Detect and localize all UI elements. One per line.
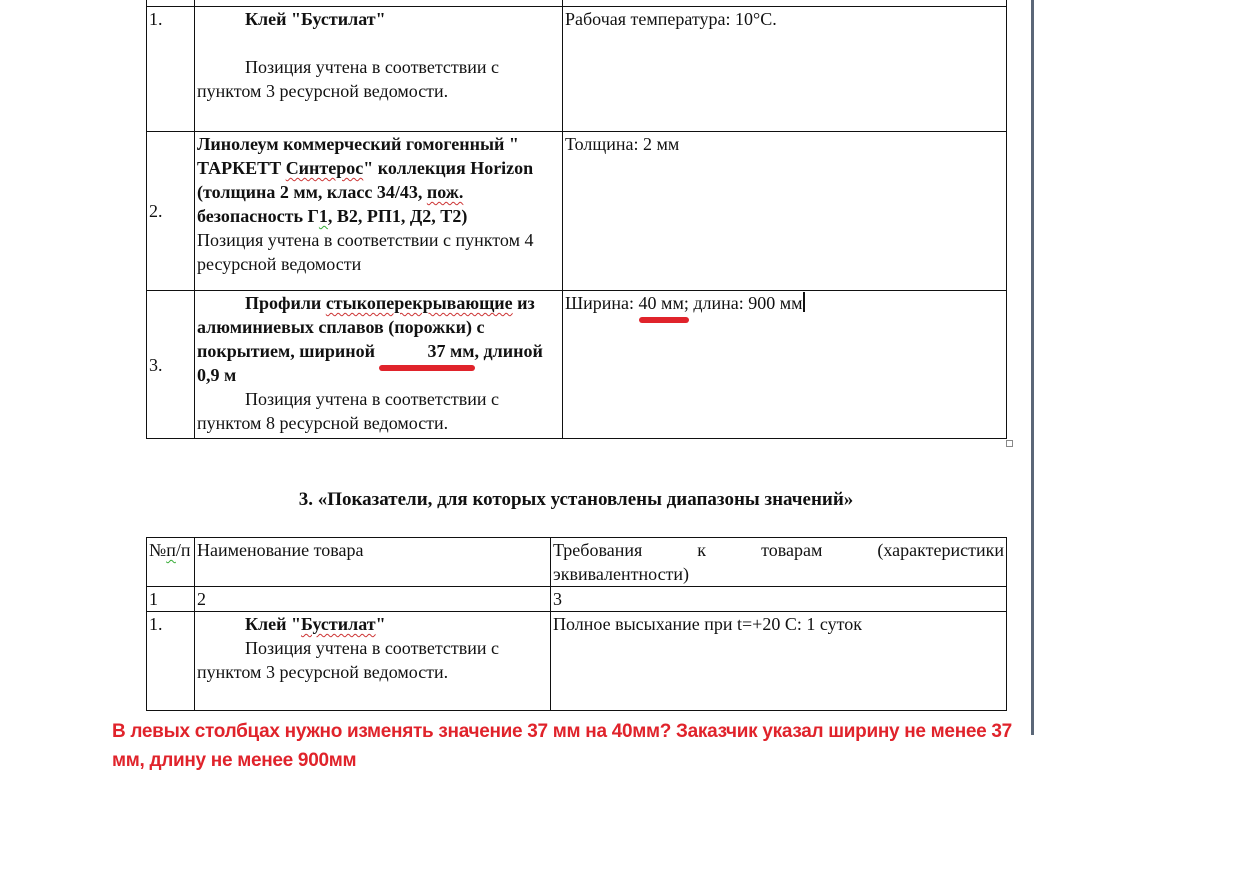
table-row: 1. Клей "Бустилат" Позиция учтена в соот… — [147, 7, 1007, 132]
spec-cell[interactable]: Толщина: 2 мм — [563, 132, 1007, 291]
product-name-cell[interactable]: Профили стыкоперекрывающие из алюминиевы… — [195, 291, 563, 439]
product-title: Клей "Бустилат" — [197, 7, 560, 31]
table-header-row: №п/п Наименование товара Требования к то… — [147, 538, 1007, 587]
row-number: 1. — [147, 612, 195, 711]
row-number: 2. — [147, 132, 195, 291]
text-cursor — [803, 292, 805, 312]
spec-cell[interactable]: Полное высыхание при t=+20 С: 1 суток — [551, 612, 1007, 711]
header-product-name: Наименование товара — [195, 538, 551, 587]
requirements-table: 1. Клей "Бустилат" Позиция учтена в соот… — [146, 0, 1007, 439]
table-row: 1. Клей "Бустилат" Позиция учтена в соот… — [147, 612, 1007, 711]
product-title: Линолеум коммерческий гомогенный " ТАРКЕ… — [197, 132, 560, 228]
row-number: 3. — [147, 291, 195, 439]
position-note: Позиция учтена в соответствии с пунктом … — [197, 636, 548, 684]
table-row: 2. Линолеум коммерческий гомогенный " ТА… — [147, 132, 1007, 291]
column-number-row: 1 2 3 — [147, 587, 1007, 612]
position-note: Позиция учтена в соответствии с пунктом … — [197, 228, 560, 276]
spec-cell[interactable]: Рабочая температура: 10°С. — [563, 7, 1007, 132]
position-note: Позиция учтена в соответствии с пунктом … — [197, 387, 560, 435]
annotation-question: В левых столбцах нужно изменять значение… — [112, 717, 1032, 775]
row-number: 1. — [147, 7, 195, 132]
page-edge-scroll-divider — [1031, 0, 1034, 735]
ranges-table: №п/п Наименование товара Требования к то… — [146, 537, 1007, 711]
product-name-cell[interactable]: Клей "Бустилат" Позиция учтена в соответ… — [195, 7, 563, 132]
highlight-width-37mm: 37 мм — [379, 339, 474, 363]
table-row: 3. Профили стыкоперекрывающие из алюмини… — [147, 291, 1007, 439]
product-title: Клей "Бустилат" — [197, 612, 548, 636]
header-requirements: Требования к товарам (характеристики экв… — [551, 538, 1007, 587]
section-heading: 3. «Показатели, для которых установлены … — [146, 489, 1006, 511]
product-name-cell[interactable]: Линолеум коммерческий гомогенный " ТАРКЕ… — [195, 132, 563, 291]
position-note: Позиция учтена в соответствии с пунктом … — [197, 55, 560, 103]
highlight-width-40mm: 40 мм; — [639, 291, 689, 315]
spec-cell[interactable]: Ширина: 40 мм; длина: 900 мм — [563, 291, 1007, 439]
product-name-cell[interactable]: Клей "Бустилат" Позиция учтена в соответ… — [195, 612, 551, 711]
table-resize-handle[interactable] — [1006, 440, 1013, 447]
header-num: №п/п — [147, 538, 195, 587]
product-title: Профили стыкоперекрывающие из алюминиевы… — [197, 291, 560, 387]
